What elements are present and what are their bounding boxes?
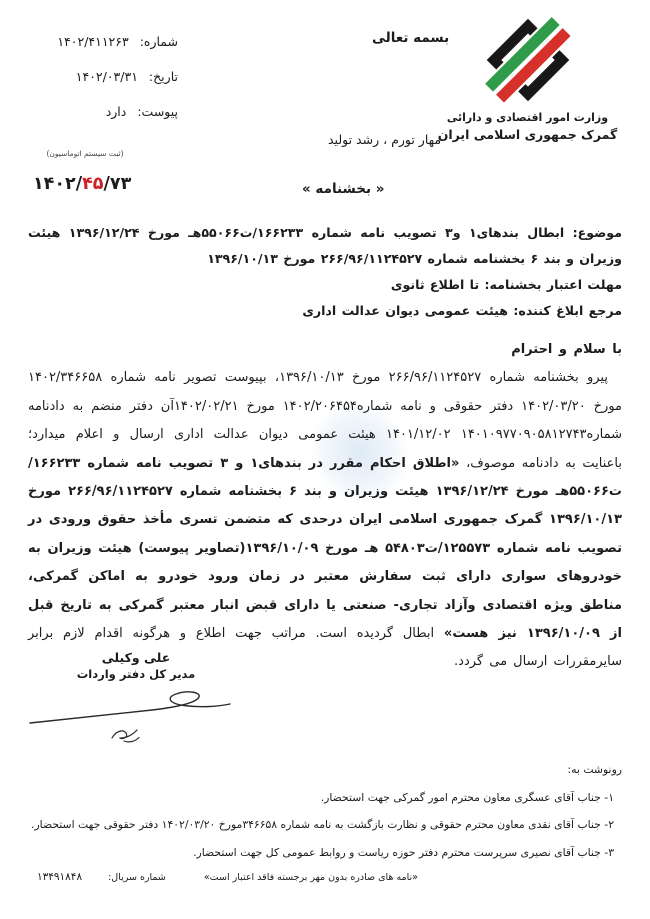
letter-date-value: ۱۴۰۲/۰۳/۳۱ xyxy=(76,69,138,84)
letter-number-row: شماره: ۱۴۰۲/۴۱۱۲۶۳ xyxy=(18,34,178,49)
validity-line: مهلت اعتبار بخشنامه: تا اطلاع ثانوی xyxy=(28,272,622,298)
circular-number-year: ۱۴۰۲/ xyxy=(33,174,82,194)
copies-label: رونوشت به: xyxy=(28,756,622,784)
copies-item-1: ۱- جناب آقای عسگری معاون محترم امور گمرک… xyxy=(28,784,622,812)
issuing-authority-line: مرجع ابلاغ کننده: هیئت عمومی دیوان عدالت… xyxy=(28,298,622,324)
body-paragraph: پیرو بخشنامه شماره ۲۶۶/۹۶/۱۱۲۴۵۲۷ مورخ ۱… xyxy=(28,364,622,676)
copies-items: ۱- جناب آقای عسگری معاون محترم امور گمرک… xyxy=(28,784,622,867)
copies-item-3: ۳- جناب آقای نصیری سرپرست محترم دفتر حوز… xyxy=(28,839,622,867)
embossed-seal-notice: «نامه های صادره بدون مهر برجسته فاقد اعت… xyxy=(204,872,418,883)
automation-registration-note: (ثبت سیستم اتوماسیون) xyxy=(30,149,140,158)
copies-item-2: ۲- جناب آقای نقدی معاون محترم حقوقی و نظ… xyxy=(28,811,622,839)
letter-number-label: شماره: xyxy=(140,34,178,49)
letter-date-label: تاریخ: xyxy=(149,69,178,84)
subject-block: موضوع: ابطال بندهای۱ و۳ تصویب نامه شماره… xyxy=(28,220,622,324)
letter-attachment-row: پیوست: دارد xyxy=(18,104,178,119)
letter-meta-block: شماره: ۱۴۰۲/۴۱۱۲۶۳ تاریخ: ۱۴۰۲/۰۳/۳۱ پیو… xyxy=(18,34,178,139)
circular-letter-page: شماره: ۱۴۰۲/۴۱۱۲۶۳ تاریخ: ۱۴۰۲/۰۳/۳۱ پیو… xyxy=(0,0,650,919)
serial-number-value: ۱۳۴۹۱۸۴۸ xyxy=(37,871,82,883)
letter-body: با سلام و احترام پیرو بخشنامه شماره ۲۶۶/… xyxy=(28,336,622,677)
circular-number-seq: /۷۳ xyxy=(104,174,132,194)
signature-block: علی وکیلی مدیر کل دفتر واردات xyxy=(36,650,236,745)
circular-title: « بخشنامه » xyxy=(302,181,385,197)
org-header-block: وزارت امور اقتصادی و دارائی گمرک جمهوری … xyxy=(435,16,620,142)
customs-logo-icon xyxy=(435,16,620,104)
year-slogan: مهار تورم ، رشد تولید xyxy=(328,132,441,147)
subject-text: موضوع: ابطال بندهای۱ و۳ تصویب نامه شماره… xyxy=(28,220,622,272)
letter-date-row: تاریخ: ۱۴۰۲/۰۳/۳۱ xyxy=(18,69,178,84)
signer-name: علی وکیلی xyxy=(36,650,236,665)
footer-serial-strip: «نامه های صادره بدون مهر برجسته فاقد اعت… xyxy=(78,871,418,883)
letter-attachment-value: دارد xyxy=(106,104,127,119)
serial-number-label: شماره سریال: xyxy=(108,872,166,883)
letter-attachment-label: پیوست: xyxy=(137,104,178,119)
circular-number-mid: ۴۵ xyxy=(82,174,103,194)
circular-number: ۱۴۰۲/۴۵/۷۳ xyxy=(33,174,131,194)
ministry-name: وزارت امور اقتصادی و دارائی xyxy=(435,111,620,124)
salutation: با سلام و احترام xyxy=(28,336,622,364)
customs-name: گمرک جمهوری اسلامی ایران xyxy=(435,127,620,142)
signer-title: مدیر کل دفتر واردات xyxy=(36,667,236,681)
letter-number-value: ۱۴۰۲/۴۱۱۲۶۳ xyxy=(57,34,128,49)
handwritten-signature xyxy=(36,683,236,745)
copies-block: رونوشت به: ۱- جناب آقای عسگری معاون محتر… xyxy=(28,756,622,866)
body-segment-quoted: «اطلاق احکام مقرر در بندهای۱ و ۳ تصویب ن… xyxy=(28,456,622,641)
